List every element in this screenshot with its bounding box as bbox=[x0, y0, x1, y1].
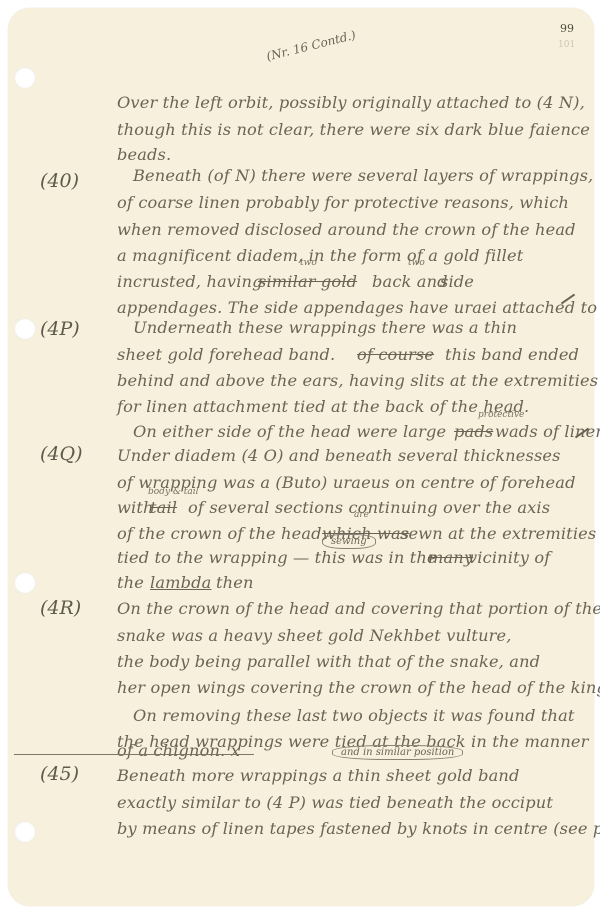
text-line: sheet gold forehead band. bbox=[117, 345, 335, 364]
entry-label-4q: (4Q) bbox=[40, 443, 83, 465]
text-line: sewn at the extremities bbox=[400, 524, 596, 543]
interlinear-note: two bbox=[408, 258, 425, 268]
text-line: behind and above the ears, having slits … bbox=[117, 371, 598, 390]
text-line: with bbox=[117, 498, 154, 517]
struck-text: pads bbox=[454, 422, 493, 441]
page-number: 99 bbox=[560, 22, 574, 35]
punch-hole bbox=[14, 572, 36, 594]
interlinear-note: body & tail bbox=[148, 487, 199, 497]
text-line: vicinity of bbox=[468, 548, 550, 567]
text-line: of several sections continuing over the … bbox=[188, 498, 550, 517]
text-line: beads. bbox=[117, 145, 171, 164]
divider-line bbox=[14, 754, 254, 755]
entry-label-4r: (4R) bbox=[40, 597, 81, 619]
interlinear-note: are bbox=[354, 510, 369, 520]
text-line: of coarse linen probably for protective … bbox=[117, 193, 569, 212]
text-line: then bbox=[216, 573, 254, 592]
entry-label-40: (40) bbox=[40, 170, 79, 192]
struck-text: similar gold bbox=[258, 272, 357, 291]
text-line: for linen attachment tied at the back of… bbox=[117, 397, 529, 416]
text-line: Underneath these wrappings there was a t… bbox=[133, 318, 517, 337]
text-line: Under diadem (4 O) and beneath several t… bbox=[117, 446, 561, 465]
text-line: On either side of the head were large bbox=[133, 422, 446, 441]
text-line: On the crown of the head and covering th… bbox=[117, 599, 600, 618]
text-line: incrusted, having bbox=[117, 272, 263, 291]
struck-text: of course bbox=[357, 345, 434, 364]
text-line: side bbox=[440, 272, 474, 291]
text-line: On removing these last two objects it wa… bbox=[133, 706, 575, 725]
punch-hole bbox=[14, 821, 36, 843]
text-line: Over the left orbit, possibly originally… bbox=[117, 93, 585, 112]
text-line: appendages. The side appendages have ura… bbox=[117, 298, 600, 317]
text-line: though this is not clear, there were six… bbox=[117, 120, 590, 139]
struck-text: tail bbox=[150, 498, 177, 517]
circled-note: and in similar position bbox=[332, 745, 463, 760]
entry-label-4p: (4P) bbox=[40, 318, 80, 340]
text-line: the body being parallel with that of the… bbox=[117, 652, 540, 671]
interlinear-note: two bbox=[300, 258, 317, 268]
text-line: a magnificent diadem, in the form of a g… bbox=[117, 246, 523, 265]
punch-hole bbox=[14, 67, 36, 89]
punch-hole bbox=[14, 318, 36, 340]
text-line: Beneath (of N) there were several layers… bbox=[133, 166, 593, 185]
text-line: her open wings covering the crown of the… bbox=[117, 678, 600, 697]
text-line: this band ended bbox=[445, 345, 579, 364]
text-line: the bbox=[117, 573, 144, 592]
text-line: tied to the wrapping — this was in the bbox=[117, 548, 437, 567]
text-line: of the crown of the head, bbox=[117, 524, 327, 543]
struck-text: many bbox=[428, 548, 473, 567]
text-line: Beneath more wrappings a thin sheet gold… bbox=[117, 766, 520, 785]
text-line: back and bbox=[372, 272, 448, 291]
circled-note: sewing bbox=[322, 534, 376, 549]
text-line: of a chignon. x bbox=[117, 741, 240, 760]
text-line: when removed disclosed around the crown … bbox=[117, 220, 576, 239]
text-line: exactly similar to (4 P) was tied beneat… bbox=[117, 793, 553, 812]
entry-label-45: (45) bbox=[40, 763, 79, 785]
text-line: snake was a heavy sheet gold Nekhbet vul… bbox=[117, 626, 512, 645]
page-number-faint: 101 bbox=[558, 40, 575, 50]
text-line: by means of linen tapes fastened by knot… bbox=[117, 819, 600, 838]
text-line: lambda bbox=[150, 573, 211, 592]
interlinear-note: protective bbox=[478, 410, 524, 420]
